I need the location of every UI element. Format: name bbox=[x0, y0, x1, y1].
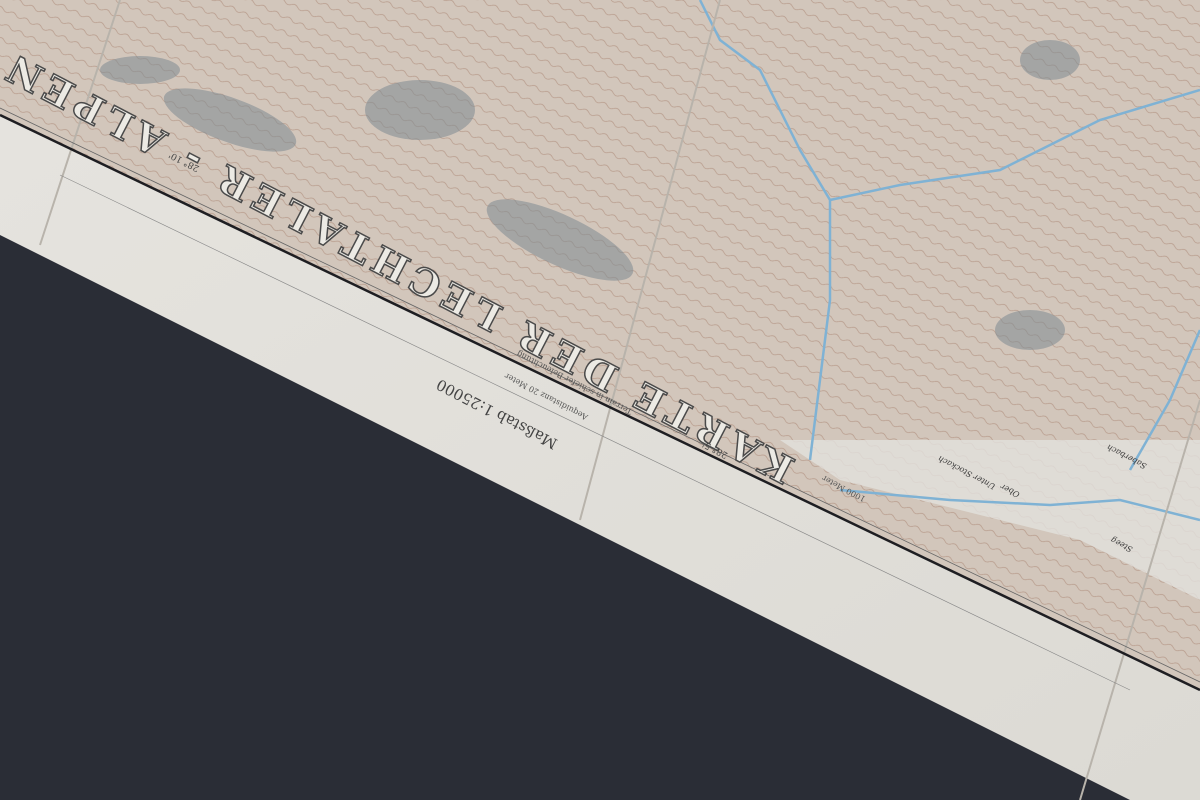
photo-scene: KARTE DER LECHTALER - ALPEN Maßstab 1:25… bbox=[0, 0, 1200, 800]
